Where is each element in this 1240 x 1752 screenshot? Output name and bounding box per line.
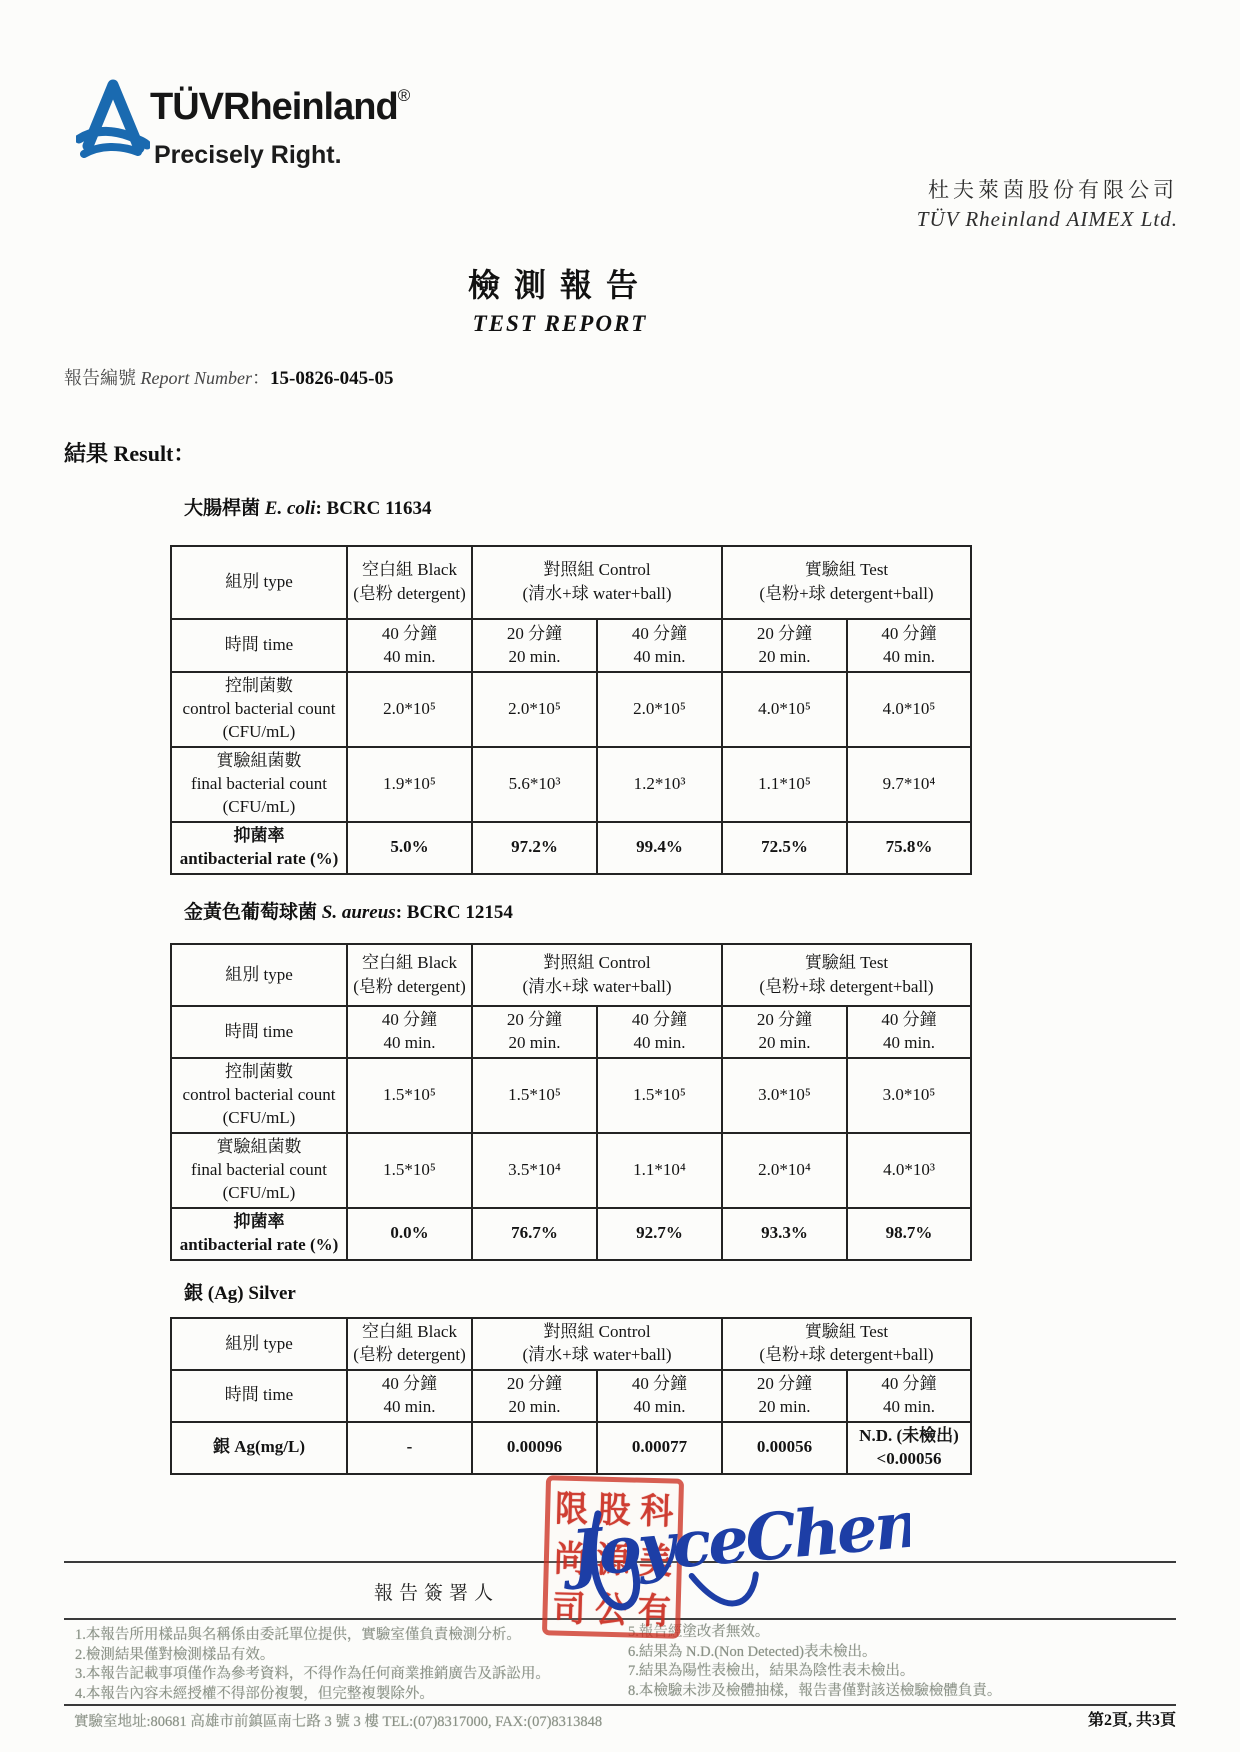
result-heading: 結果 Result： — [64, 437, 195, 468]
row-label: 實驗組菌數final bacterial count(CFU/mL) — [171, 1133, 347, 1208]
value-cell: 1.5*10⁵ — [597, 1058, 722, 1133]
time-cell: 40 分鐘40 min. — [847, 1370, 971, 1422]
row-label-zh: 實驗組菌數 — [175, 750, 343, 773]
section-title-saureus: 金黃色葡萄球菌 S. aureus: BCRC 12154 — [184, 897, 513, 924]
section-title-pre: 大腸桿菌 — [184, 498, 265, 519]
time-cell: 20 分鐘20 min. — [722, 1006, 847, 1058]
report-number-label-zh: 報告編號 — [64, 368, 136, 388]
row-label-zh: 抑菌率 — [175, 1211, 343, 1234]
control-group-line2: (清水+球 water+ball) — [476, 976, 718, 999]
table-row-type-header: 組別 type 空白組 Black(皂粉 detergent) 對照組 Cont… — [171, 546, 971, 619]
time-zh: 40 分鐘 — [351, 1373, 468, 1396]
row-label-zh: 抑菌率 — [175, 825, 343, 848]
row-label-zh: 控制菌數 — [175, 675, 343, 698]
row-label-en: control bacterial count — [175, 698, 343, 721]
time-zh: 20 分鐘 — [726, 623, 843, 646]
control-group-cell: 對照組 Control(清水+球 water+ball) — [472, 1318, 722, 1370]
table-ecoli: 組別 type 空白組 Black(皂粉 detergent) 對照組 Cont… — [170, 545, 972, 875]
black-group-line2: (皂粉 detergent) — [351, 583, 468, 606]
report-title-zh: 檢測報告 — [0, 260, 1120, 306]
time-zh: 40 分鐘 — [851, 1009, 967, 1032]
time-zh: 20 分鐘 — [726, 1009, 843, 1032]
time-cell: 40 分鐘40 min. — [597, 619, 722, 672]
time-en: 20 min. — [476, 646, 593, 669]
control-group-line2: (清水+球 water+ball) — [476, 1344, 718, 1367]
time-label-cell: 時間 time — [171, 1006, 347, 1058]
black-group-line1: 空白組 Black — [351, 952, 468, 975]
value-cell: 92.7% — [597, 1208, 722, 1260]
value-cell: 2.0*10⁵ — [597, 672, 722, 747]
signature-text: JoyceChen — [557, 1487, 910, 1593]
row-label-unit: (CFU/mL) — [175, 796, 343, 819]
type-header-cell: 組別 type — [171, 546, 347, 619]
row-label-zh: 控制菌數 — [175, 1061, 343, 1084]
value-cell: 1.2*10³ — [597, 747, 722, 822]
value-cell: 1.1*10⁵ — [722, 747, 847, 822]
time-en: 40 min. — [351, 1396, 468, 1419]
time-zh: 20 分鐘 — [726, 1373, 843, 1396]
time-en: 20 min. — [726, 1032, 843, 1055]
value-cell: 72.5% — [722, 822, 847, 874]
time-en: 40 min. — [851, 1396, 967, 1419]
nd-line1: N.D. (未檢出) — [851, 1425, 967, 1448]
time-cell: 20 分鐘20 min. — [472, 1370, 597, 1422]
company-name-zh: 杜夫萊茵股份有限公司 — [917, 174, 1178, 204]
row-label-en: control bacterial count — [175, 1084, 343, 1107]
test-group-line2: (皂粉+球 detergent+ball) — [726, 583, 967, 606]
section-title-pre: 銀 (Ag) Silver — [184, 1283, 296, 1304]
time-cell: 20 分鐘20 min. — [472, 619, 597, 672]
value-cell: 3.5*10⁴ — [472, 1133, 597, 1208]
time-en: 40 min. — [601, 1032, 718, 1055]
control-group-line1: 對照組 Control — [476, 1321, 718, 1344]
time-cell: 40 分鐘40 min. — [847, 619, 971, 672]
table-saureus: 組別 type 空白組 Black(皂粉 detergent) 對照組 Cont… — [170, 943, 972, 1261]
time-en: 20 min. — [726, 1396, 843, 1419]
type-header-cell: 組別 type — [171, 1318, 347, 1370]
time-zh: 40 分鐘 — [851, 1373, 967, 1396]
value-cell: 5.0% — [347, 822, 472, 874]
value-cell: 4.0*10³ — [847, 1133, 971, 1208]
time-label-cell: 時間 time — [171, 619, 347, 672]
row-label-unit: (CFU/mL) — [175, 1107, 343, 1130]
section-title-silver: 銀 (Ag) Silver — [184, 1278, 296, 1305]
table-row-rate: 抑菌率antibacterial rate (%) 5.0% 97.2% 99.… — [171, 822, 971, 874]
footer-notes-left: 1.本報告所用樣品與名稱係由委託單位提供，實驗室僅負責檢測分析。 2.檢測結果僅… — [75, 1626, 550, 1704]
value-cell: 5.6*10³ — [472, 747, 597, 822]
section-title-italic: S. aureus — [322, 902, 396, 923]
control-group-cell: 對照組 Control(清水+球 water+ball) — [472, 944, 722, 1006]
time-cell: 20 分鐘20 min. — [472, 1006, 597, 1058]
table-row-type-header: 組別 type 空白組 Black(皂粉 detergent) 對照組 Cont… — [171, 944, 971, 1006]
registered-mark: ® — [398, 86, 410, 105]
value-cell: 1.5*10⁵ — [347, 1058, 472, 1133]
section-title-pre: 金黃色葡萄球菌 — [184, 902, 322, 923]
value-cell: 4.0*10⁵ — [722, 672, 847, 747]
time-cell: 40 分鐘40 min. — [347, 619, 472, 672]
value-cell: 93.3% — [722, 1208, 847, 1260]
black-group-line2: (皂粉 detergent) — [351, 1344, 468, 1367]
time-en: 20 min. — [476, 1032, 593, 1055]
report-number-colon: ： — [252, 368, 270, 388]
time-zh: 40 分鐘 — [351, 623, 468, 646]
report-number-line: 報告編號 Report Number：15-0826-045-05 — [64, 364, 393, 390]
black-group-line2: (皂粉 detergent) — [351, 976, 468, 999]
footer-note: 1.本報告所用樣品與名稱係由委託單位提供，實驗室僅負責檢測分析。 — [75, 1626, 550, 1646]
company-block: 杜夫萊茵股份有限公司 TÜV Rheinland AIMEX Ltd. — [917, 174, 1178, 232]
black-group-cell: 空白組 Black(皂粉 detergent) — [347, 546, 472, 619]
row-label-zh: 實驗組菌數 — [175, 1136, 343, 1159]
table-row-control-count: 控制菌數control bacterial count(CFU/mL) 2.0*… — [171, 672, 971, 747]
section-title-italic: E. coli — [265, 498, 316, 519]
test-group-line2: (皂粉+球 detergent+ball) — [726, 976, 967, 999]
time-zh: 40 分鐘 — [851, 623, 967, 646]
time-zh: 40 分鐘 — [601, 623, 718, 646]
brand-tuv: TÜV — [150, 86, 223, 128]
section-title-post: : BCRC 11634 — [315, 498, 431, 519]
report-number-value: 15-0826-045-05 — [270, 368, 393, 389]
time-en: 40 min. — [351, 1032, 468, 1055]
time-en: 40 min. — [601, 646, 718, 669]
test-group-cell: 實驗組 Test(皂粉+球 detergent+ball) — [722, 546, 971, 619]
report-title-block: 檢測報告 TEST REPORT — [0, 260, 1120, 337]
time-cell: 40 分鐘40 min. — [347, 1006, 472, 1058]
black-group-cell: 空白組 Black(皂粉 detergent) — [347, 944, 472, 1006]
value-cell: 0.0% — [347, 1208, 472, 1260]
value-cell: 1.5*10⁵ — [347, 1133, 472, 1208]
company-name-en: TÜV Rheinland AIMEX Ltd. — [917, 207, 1178, 232]
row-label-unit: (CFU/mL) — [175, 1182, 343, 1205]
table-row-control-count: 控制菌數control bacterial count(CFU/mL) 1.5*… — [171, 1058, 971, 1133]
table-row-time: 時間 time 40 分鐘40 min. 20 分鐘20 min. 40 分鐘4… — [171, 1370, 971, 1422]
test-group-cell: 實驗組 Test(皂粉+球 detergent+ball) — [722, 1318, 971, 1370]
time-cell: 40 分鐘40 min. — [847, 1006, 971, 1058]
footer-note: 4.本報告內容未經授權不得部份複製，但完整複製除外。 — [75, 1685, 550, 1705]
report-title-en: TEST REPORT — [0, 311, 1120, 337]
report-signer-label: 報告簽署人 — [374, 1578, 499, 1605]
row-label: 實驗組菌數final bacterial count(CFU/mL) — [171, 747, 347, 822]
time-zh: 20 分鐘 — [476, 1009, 593, 1032]
value-cell: 97.2% — [472, 822, 597, 874]
section-title-post: : BCRC 12154 — [396, 902, 513, 923]
value-cell: 98.7% — [847, 1208, 971, 1260]
black-group-line1: 空白組 Black — [351, 1321, 468, 1344]
row-label-unit: (CFU/mL) — [175, 721, 343, 744]
test-group-line1: 實驗組 Test — [726, 1321, 967, 1344]
handwritten-signature: JoyceChen — [540, 1455, 910, 1670]
time-cell: 40 分鐘40 min. — [597, 1370, 722, 1422]
black-group-cell: 空白組 Black(皂粉 detergent) — [347, 1318, 472, 1370]
time-zh: 20 分鐘 — [476, 623, 593, 646]
report-number-label-en: Report Number — [141, 368, 253, 388]
value-cell: 2.0*10⁵ — [472, 672, 597, 747]
test-group-line1: 實驗組 Test — [726, 559, 967, 582]
time-cell: 40 分鐘40 min. — [597, 1006, 722, 1058]
value-cell: 3.0*10⁵ — [847, 1058, 971, 1133]
time-en: 20 min. — [726, 646, 843, 669]
section-title-ecoli: 大腸桿菌 E. coli: BCRC 11634 — [184, 493, 432, 520]
table-silver: 組別 type 空白組 Black(皂粉 detergent) 對照組 Cont… — [170, 1317, 972, 1475]
footer-rule — [64, 1704, 1176, 1706]
test-group-line2: (皂粉+球 detergent+ball) — [726, 1344, 967, 1367]
value-cell: 76.7% — [472, 1208, 597, 1260]
row-label-en: antibacterial rate (%) — [175, 1234, 343, 1257]
time-en: 40 min. — [351, 646, 468, 669]
row-label: 抑菌率antibacterial rate (%) — [171, 822, 347, 874]
control-group-line2: (清水+球 water+ball) — [476, 583, 718, 606]
test-group-cell: 實驗組 Test(皂粉+球 detergent+ball) — [722, 944, 971, 1006]
value-cell: 2.0*10⁴ — [722, 1133, 847, 1208]
control-group-line1: 對照組 Control — [476, 952, 718, 975]
table-row-rate: 抑菌率antibacterial rate (%) 0.0% 76.7% 92.… — [171, 1208, 971, 1260]
row-label-en: final bacterial count — [175, 773, 343, 796]
brand-wordmark: TÜVRheinland® — [150, 86, 409, 129]
table-row-time: 時間 time 40 分鐘40 min. 20 分鐘20 min. 40 分鐘4… — [171, 1006, 971, 1058]
type-header-cell: 組別 type — [171, 944, 347, 1006]
test-report-page: { "header": { "brand_tuv": "TÜV", "brand… — [0, 0, 1240, 1752]
time-cell: 20 分鐘20 min. — [722, 619, 847, 672]
time-zh: 40 分鐘 — [601, 1009, 718, 1032]
time-en: 20 min. — [476, 1396, 593, 1419]
row-label: 銀 Ag(mg/L) — [171, 1422, 347, 1474]
value-cell: 3.0*10⁵ — [722, 1058, 847, 1133]
value-cell: 99.4% — [597, 822, 722, 874]
row-label-en: antibacterial rate (%) — [175, 848, 343, 871]
control-group-cell: 對照組 Control(清水+球 water+ball) — [472, 546, 722, 619]
value-cell: 4.0*10⁵ — [847, 672, 971, 747]
time-zh: 20 分鐘 — [476, 1373, 593, 1396]
row-label: 控制菌數control bacterial count(CFU/mL) — [171, 1058, 347, 1133]
black-group-line1: 空白組 Black — [351, 559, 468, 582]
time-en: 40 min. — [601, 1396, 718, 1419]
footer-note: 2.檢測結果僅對檢測樣品有效。 — [75, 1646, 550, 1666]
row-label: 控制菌數control bacterial count(CFU/mL) — [171, 672, 347, 747]
lab-address: 實驗室地址:80681 高雄市前鎮區南七路 3 號 3 樓 TEL:(07)83… — [74, 1710, 602, 1731]
brand-tagline: Precisely Right. — [154, 141, 342, 170]
control-group-line1: 對照組 Control — [476, 559, 718, 582]
table-row-final-count: 實驗組菌數final bacterial count(CFU/mL) 1.5*1… — [171, 1133, 971, 1208]
value-cell: 1.1*10⁴ — [597, 1133, 722, 1208]
footer-note: 8.本檢驗未涉及檢體抽樣，報告書僅對該送檢驗檢體負責。 — [628, 1682, 1001, 1702]
value-cell: 75.8% — [847, 822, 971, 874]
time-en: 40 min. — [851, 646, 967, 669]
value-cell: 2.0*10⁵ — [347, 672, 472, 747]
page-number: 第2頁, 共3頁 — [1088, 1707, 1176, 1730]
time-cell: 40 分鐘40 min. — [347, 1370, 472, 1422]
value-cell: 9.7*10⁴ — [847, 747, 971, 822]
brand-rheinland: Rheinland — [223, 86, 398, 128]
test-group-line1: 實驗組 Test — [726, 952, 967, 975]
time-cell: 20 分鐘20 min. — [722, 1370, 847, 1422]
table-row-time: 時間 time 40 分鐘40 min. 20 分鐘20 min. 40 分鐘4… — [171, 619, 971, 672]
footer-note: 3.本報告記載事項僅作為參考資料，不得作為任何商業推銷廣告及訴訟用。 — [75, 1665, 550, 1685]
tuv-triangle-logo-icon — [76, 76, 150, 158]
time-zh: 40 分鐘 — [351, 1009, 468, 1032]
row-label: 抑菌率antibacterial rate (%) — [171, 1208, 347, 1260]
value-cell: 1.9*10⁵ — [347, 747, 472, 822]
time-zh: 40 分鐘 — [601, 1373, 718, 1396]
value-cell: - — [347, 1422, 472, 1474]
row-label-en: final bacterial count — [175, 1159, 343, 1182]
table-row-type-header: 組別 type 空白組 Black(皂粉 detergent) 對照組 Cont… — [171, 1318, 971, 1370]
time-en: 40 min. — [851, 1032, 967, 1055]
table-row-final-count: 實驗組菌數final bacterial count(CFU/mL) 1.9*1… — [171, 747, 971, 822]
value-cell: 1.5*10⁵ — [472, 1058, 597, 1133]
time-label-cell: 時間 time — [171, 1370, 347, 1422]
